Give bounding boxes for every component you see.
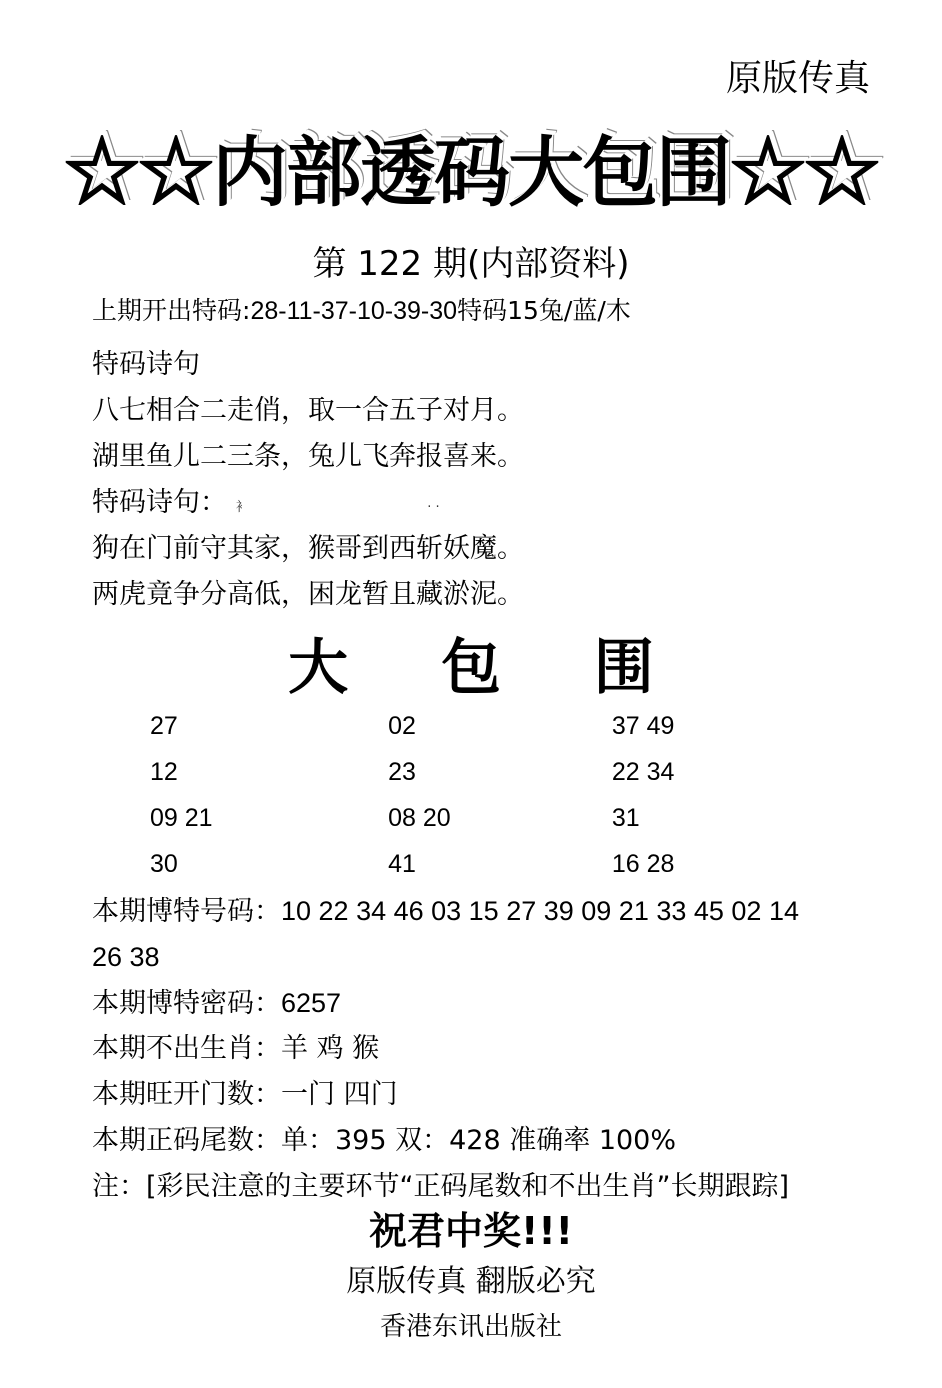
excluded-zodiac-value: 羊 鸡 猴: [281, 1033, 379, 1064]
special-label: 特码: [457, 296, 507, 325]
grid-cell: 12: [150, 758, 388, 804]
tail-line: 本期正码尾数：单：395 双：428 准确率 100%: [92, 1126, 676, 1156]
special-numbers-2: 26 38: [92, 942, 160, 972]
special-numbers-1: 10 22 34 46 03 15 27 39 09 21 33 45 02 1…: [281, 896, 799, 926]
grid-cell: 41: [388, 850, 612, 896]
last-draw-label: 上期开出特码:: [92, 296, 250, 325]
grid-row: 27 02 37 49: [150, 712, 850, 758]
grid-row: 30 41 16 28: [150, 850, 850, 896]
last-draw-numbers: 28-11-37-10-39-30: [250, 297, 457, 325]
hot-doors-label: 本期旺开门数：: [92, 1079, 281, 1110]
grid-row: 12 23 22 34: [150, 758, 850, 804]
grid-cell: 09 21: [150, 804, 388, 850]
tail-label: 本期正码尾数：: [92, 1125, 281, 1156]
secret-code-line: 本期博特密码：6257: [92, 988, 341, 1019]
grid-cell: 30: [150, 850, 388, 896]
grid-cell: 08 20: [388, 804, 612, 850]
poem-line: 狗在门前守其家，猴哥到西斩妖魔。: [92, 534, 524, 564]
note-line: 注：[彩民注意的主要环节“正码尾数和不出生肖”长期跟踪]: [92, 1172, 789, 1202]
issue-number: 第 122 期(内部资料): [0, 236, 942, 285]
stray-glyph: 衤: [236, 500, 249, 515]
special-numbers-line: 本期博特号码：10 22 34 46 03 15 27 39 09 21 33 …: [92, 896, 799, 927]
tail-value: 单：395 双：428 准确率 100%: [281, 1125, 676, 1156]
grid-cell: 23: [388, 758, 612, 804]
grid-row: 09 21 08 20 31: [150, 804, 850, 850]
poem-line: 两虎竟争分高低，困龙暂且藏淤泥。: [92, 580, 524, 610]
grid-cell: 16 28: [612, 850, 850, 896]
original-fax-tag: 原版传真: [726, 50, 870, 101]
special-value: 15兔/蓝/木: [507, 296, 631, 325]
publisher-text: 香港东讯出版社: [0, 1306, 942, 1343]
poem-line: 湖里鱼儿二三条，兔儿飞奔报喜来。: [92, 442, 524, 472]
grid-cell: 31: [612, 804, 850, 850]
secret-code-value: 6257: [281, 988, 341, 1018]
grid-cell: 37 49: [612, 712, 850, 758]
last-draw-line: 上期开出特码:28-11-37-10-39-30特码15兔/蓝/木: [92, 296, 631, 326]
page-title: ☆☆内部透码大包围☆☆: [0, 112, 942, 221]
secret-code-label: 本期博特密码：: [92, 988, 281, 1019]
hot-doors-line: 本期旺开门数：一门 四门: [92, 1080, 398, 1110]
excluded-zodiac-label: 本期不出生肖：: [92, 1033, 281, 1064]
good-luck-text: 祝君中奖!!!: [0, 1200, 942, 1255]
special-numbers-label: 本期博特号码：: [92, 896, 281, 927]
poem-heading-2: 特码诗句： 衤 · ·: [92, 488, 440, 523]
copyright-text: 原版传真 翻版必究: [0, 1256, 942, 1300]
grid-cell: 02: [388, 712, 612, 758]
grid-cell: 22 34: [612, 758, 850, 804]
poem-heading-1: 特码诗句: [92, 350, 200, 380]
excluded-zodiac-line: 本期不出生肖：羊 鸡 猴: [92, 1034, 379, 1064]
poem-heading-2-label: 特码诗句：: [92, 487, 227, 518]
poem-line: 八七相合二走俏，取一合五子对月。: [92, 396, 524, 426]
hot-doors-value: 一门 四门: [281, 1079, 398, 1110]
number-grid: 27 02 37 49 12 23 22 34 09 21 08 20 31 3…: [150, 712, 850, 896]
grid-cell: 27: [150, 712, 388, 758]
section-title: 大 包 围: [0, 620, 942, 706]
stray-dots: · ·: [427, 500, 439, 515]
